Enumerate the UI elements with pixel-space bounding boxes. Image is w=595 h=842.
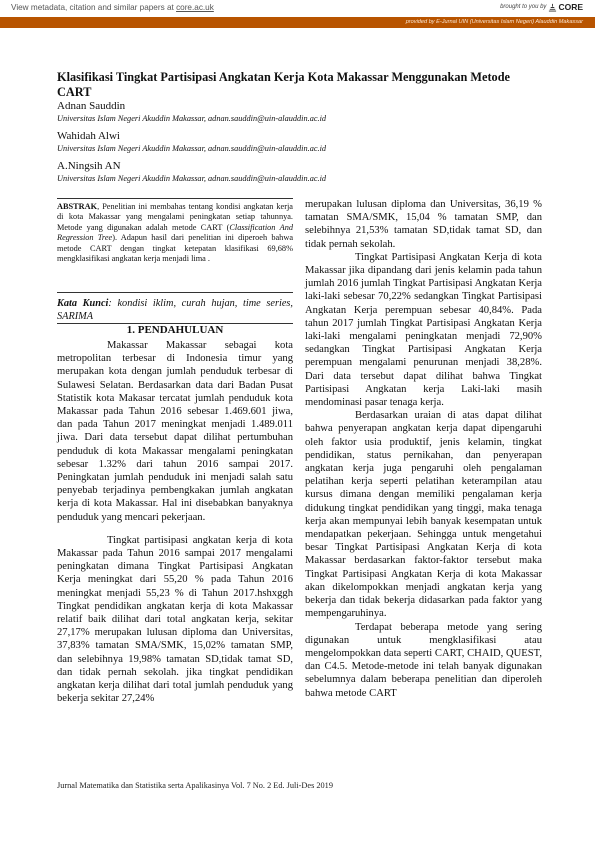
paragraph: Tingkat partisipasi angkatan kerja di ko… [57, 534, 293, 706]
author-affiliation: Universitas Islam Negeri Akuddin Makassa… [57, 144, 326, 153]
keywords-divider [57, 292, 293, 293]
author-affiliation: Universitas Islam Negeri Akuddin Makassa… [57, 114, 326, 123]
core-banner: View metadata, citation and similar pape… [0, 0, 595, 17]
provided-by-text: provided by E-Jurnal UIN (Universitas Is… [406, 19, 583, 25]
author-name: Adnan Sauddin [57, 100, 125, 112]
author-name: Wahidah Alwi [57, 130, 120, 142]
paragraph: Makassar Makassar sebagai kota metropoli… [57, 339, 293, 524]
abstract: ABSTRAK, Penelitian ini membahas tentang… [57, 198, 293, 264]
paper-title: Klasifikasi Tingkat Partisipasi Angkatan… [57, 70, 547, 100]
keywords-label: Kata Kunci [57, 298, 108, 309]
brought-by: brought to you by CORE [500, 2, 583, 12]
metadata-text: View metadata, citation and similar pape… [11, 3, 176, 12]
core-logo-icon [548, 3, 557, 12]
section-heading: 1. PENDAHULUAN [57, 324, 293, 336]
journal-footer: Jurnal Matematika dan Statistika serta A… [57, 781, 333, 790]
keywords: Kata Kunci: kondisi iklim, curah hujan, … [57, 297, 293, 323]
paragraph: Terdapat beberapa metode yang sering dig… [305, 621, 542, 700]
core-logo[interactable]: CORE [548, 2, 583, 12]
paragraph: Berdasarkan uraian di atas dapat dilihat… [305, 409, 542, 620]
paragraph: merupakan lulusan diploma dan Universita… [305, 198, 542, 251]
core-link[interactable]: core.ac.uk [176, 3, 214, 12]
metadata-notice: View metadata, citation and similar pape… [11, 3, 214, 12]
abstract-label: ABSTRAK [57, 202, 97, 211]
core-logo-text: CORE [558, 2, 583, 12]
paragraph: Tingkat Partisipasi Angkatan Kerja di ko… [305, 251, 542, 409]
left-column: Makassar Makassar sebagai kota metropoli… [57, 339, 293, 705]
right-column: merupakan lulusan diploma dan Universita… [305, 198, 542, 700]
provider-bar: provided by E-Jurnal UIN (Universitas Is… [0, 17, 595, 28]
brought-by-text: brought to you by [500, 4, 546, 10]
author-name: A.Ningsih AN [57, 160, 121, 172]
author-affiliation: Universitas Islam Negeri Akuddin Makassa… [57, 174, 326, 183]
